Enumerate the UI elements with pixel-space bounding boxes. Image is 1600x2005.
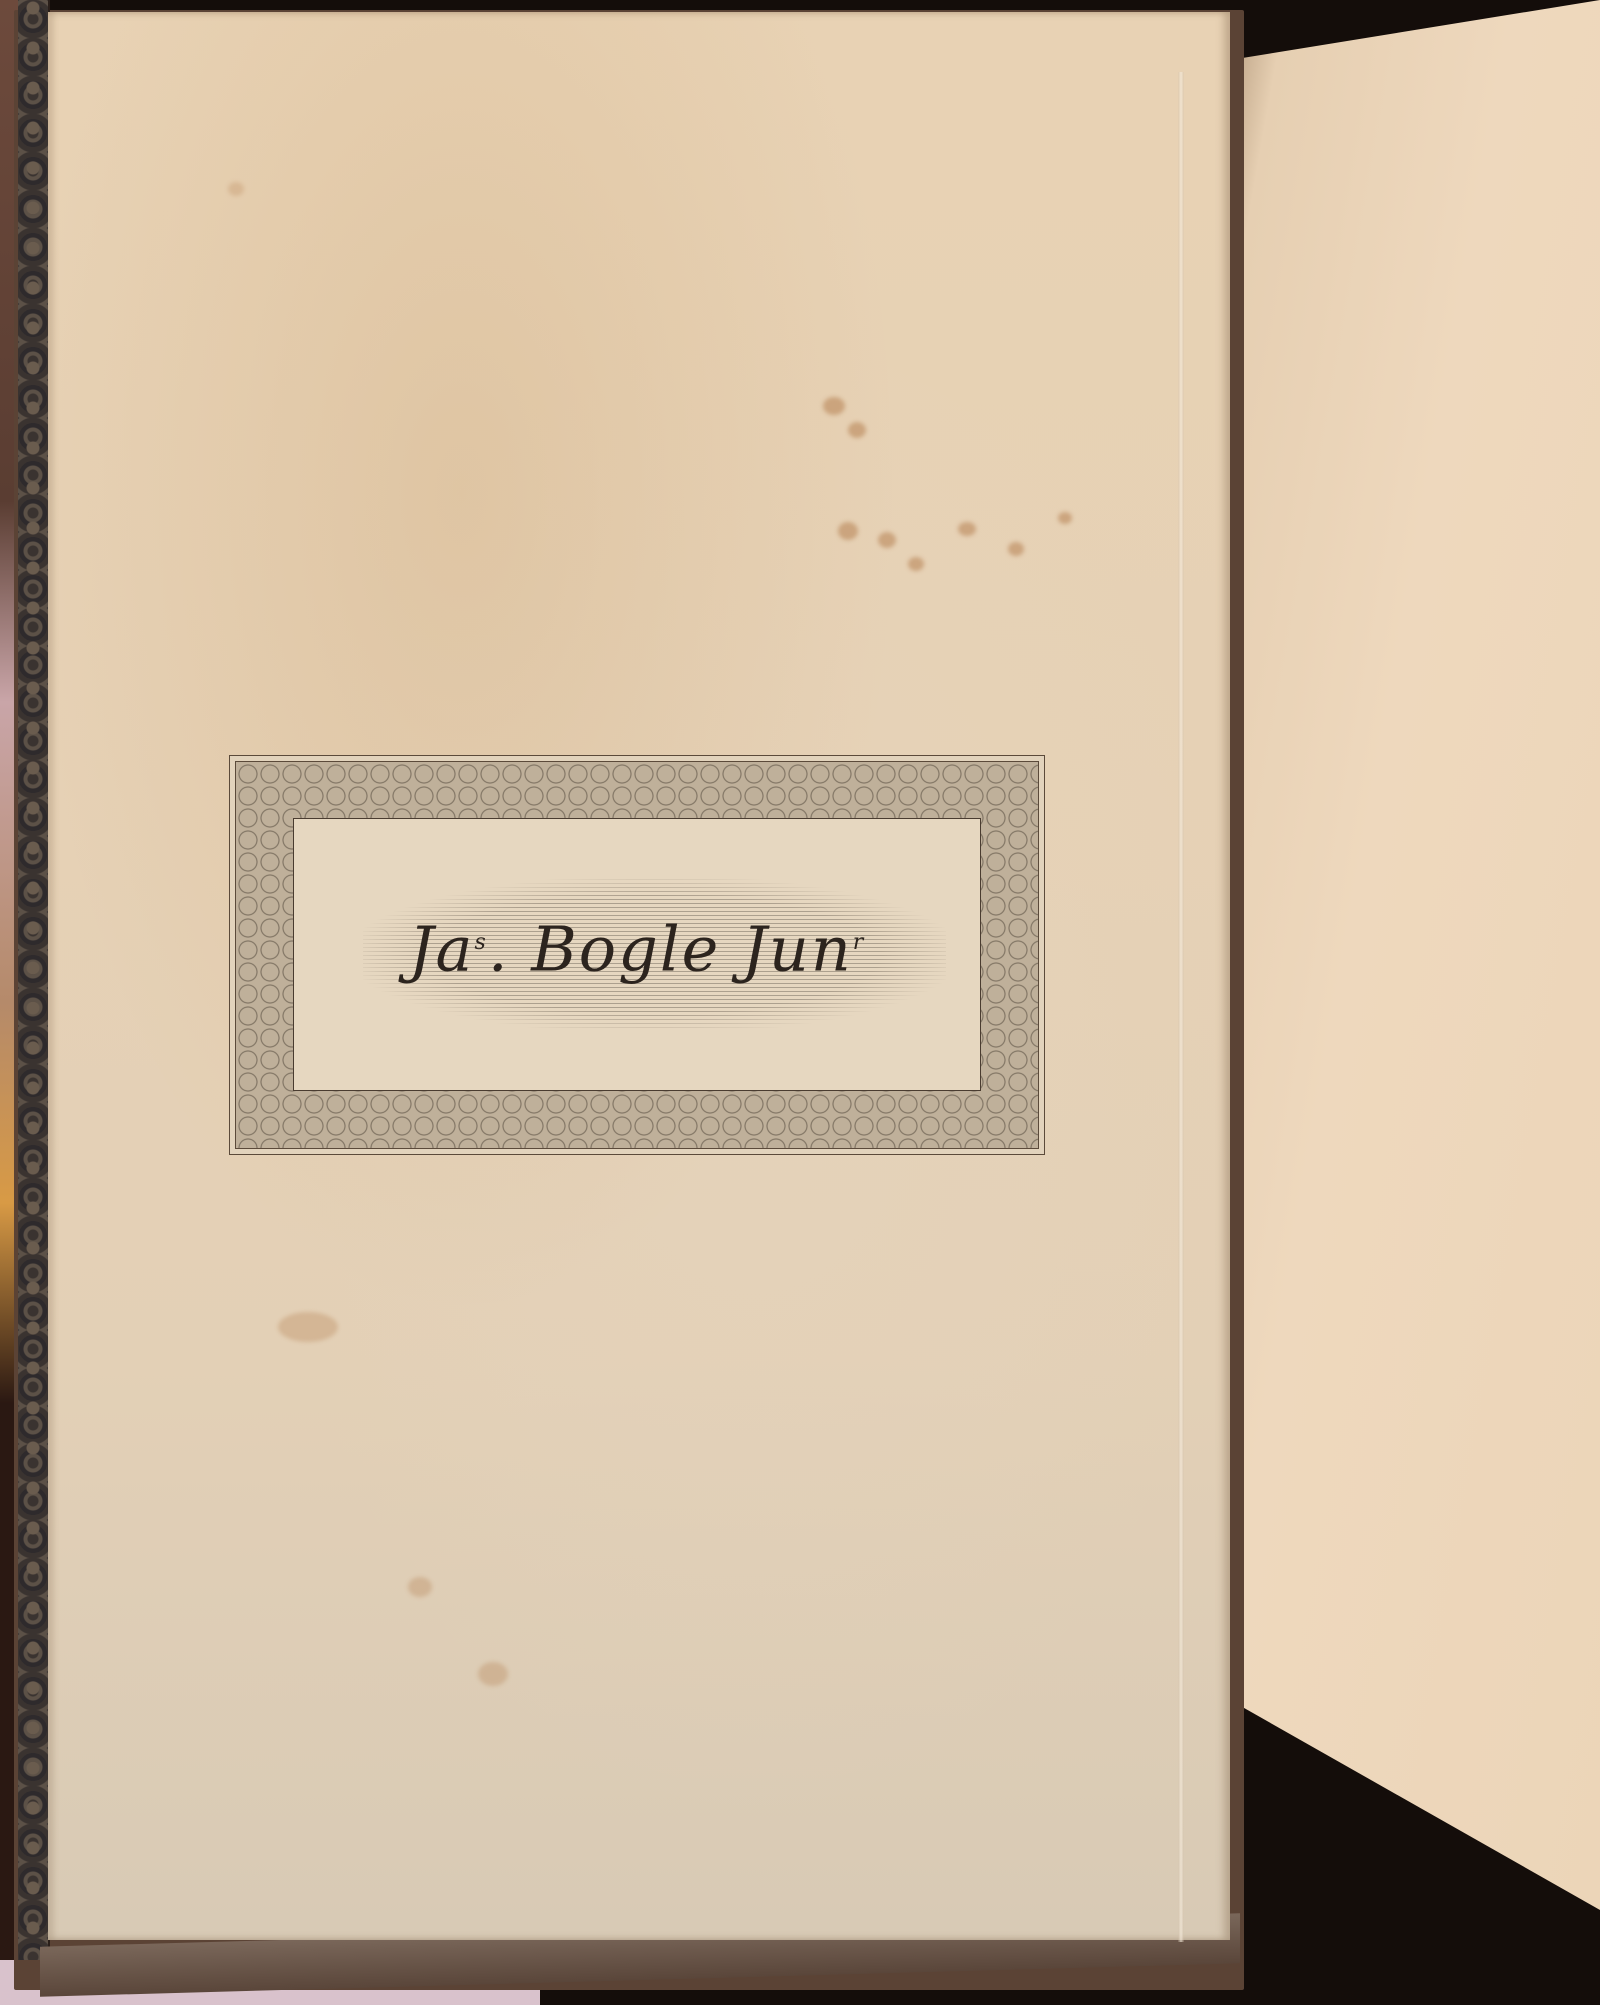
foxing-spot: [1058, 512, 1072, 524]
foxing-spot: [838, 522, 858, 540]
foxing-spot: [848, 422, 866, 438]
owner-name: Jas. Bogle Junr: [294, 912, 980, 985]
name-superscript: r: [853, 930, 866, 955]
marbled-paper-edge: [18, 0, 50, 1960]
right-facing-page: [1230, 0, 1600, 1960]
foxing-spot: [958, 522, 976, 536]
bookplate: Jas. Bogle Junr: [229, 755, 1045, 1155]
foxing-spot: [823, 397, 845, 415]
foxing-spot: [908, 557, 924, 571]
foxing-spot: [408, 1577, 432, 1597]
name-part: Ja: [409, 912, 475, 985]
foxing-spot: [1008, 542, 1024, 556]
hinge-crease: [1178, 72, 1184, 1942]
foxing-spot: [228, 182, 244, 196]
foxing-spot: [278, 1312, 338, 1342]
foxing-spot: [478, 1662, 508, 1686]
name-part: . Bogle Jun: [488, 912, 853, 985]
foxing-spot: [878, 532, 896, 548]
name-superscript: s: [475, 930, 488, 955]
bookplate-panel: Jas. Bogle Junr: [293, 818, 981, 1091]
